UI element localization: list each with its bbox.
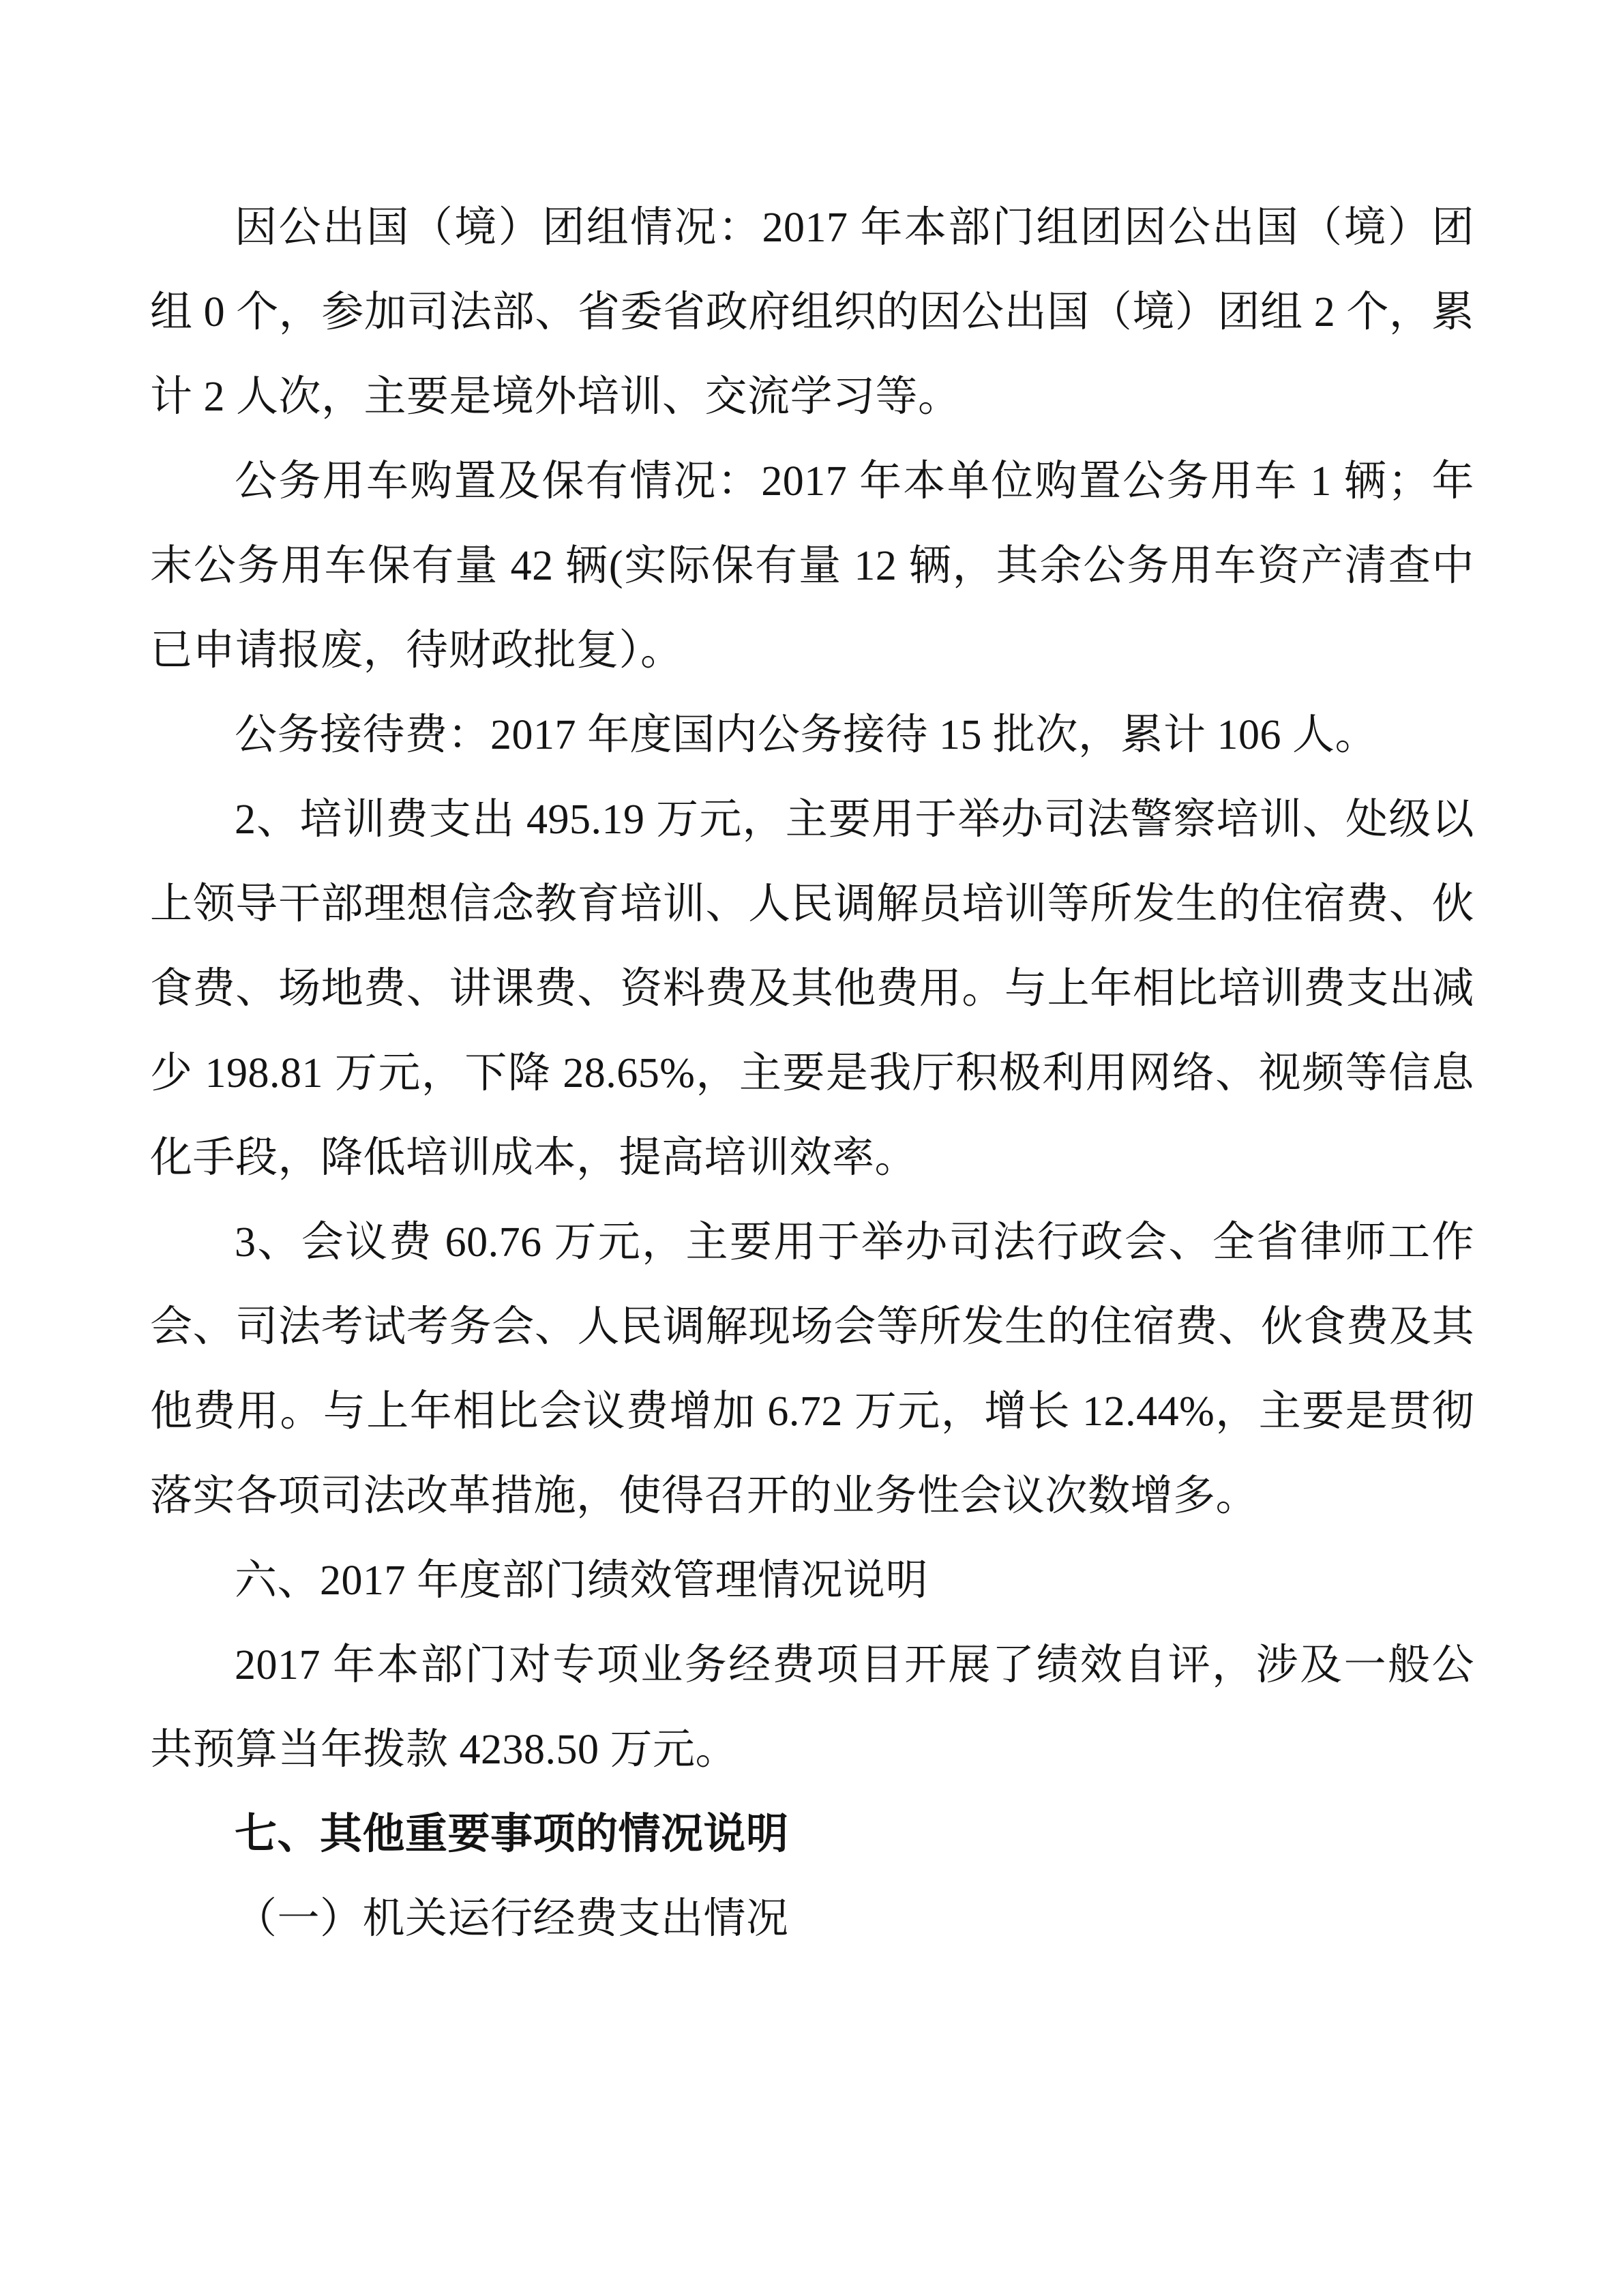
- document-text-block: 因公出国（境）团组情况：2017 年本部门组团因公出国（境）团组 0 个，参加司…: [150, 185, 1474, 1961]
- heading-section-7: 七、其他重要事项的情况说明: [150, 1792, 1474, 1877]
- paragraph-performance-eval: 2017 年本部门对专项业务经费项目开展了绩效自评，涉及一般公共预算当年拨款 4…: [150, 1623, 1474, 1792]
- paragraph-official-vehicles: 公务用车购置及保有情况：2017 年本单位购置公务用车 1 辆；年末公务用车保有…: [150, 439, 1474, 693]
- paragraph-meeting-expense: 3、会议费 60.76 万元，主要用于举办司法行政会、全省律师工作会、司法考试考…: [150, 1200, 1474, 1538]
- document-page: 因公出国（境）团组情况：2017 年本部门组团因公出国（境）团组 0 个，参加司…: [0, 0, 1623, 2296]
- paragraph-overseas-trips: 因公出国（境）团组情况：2017 年本部门组团因公出国（境）团组 0 个，参加司…: [150, 185, 1474, 439]
- paragraph-official-reception: 公务接待费：2017 年度国内公务接待 15 批次，累计 106 人。: [150, 693, 1474, 777]
- subheading-operating-expense: （一）机关运行经费支出情况: [150, 1877, 1474, 1961]
- paragraph-training-expense: 2、培训费支出 495.19 万元，主要用于举办司法警察培训、处级以上领导干部理…: [150, 777, 1474, 1200]
- heading-section-6: 六、2017 年度部门绩效管理情况说明: [150, 1538, 1474, 1623]
